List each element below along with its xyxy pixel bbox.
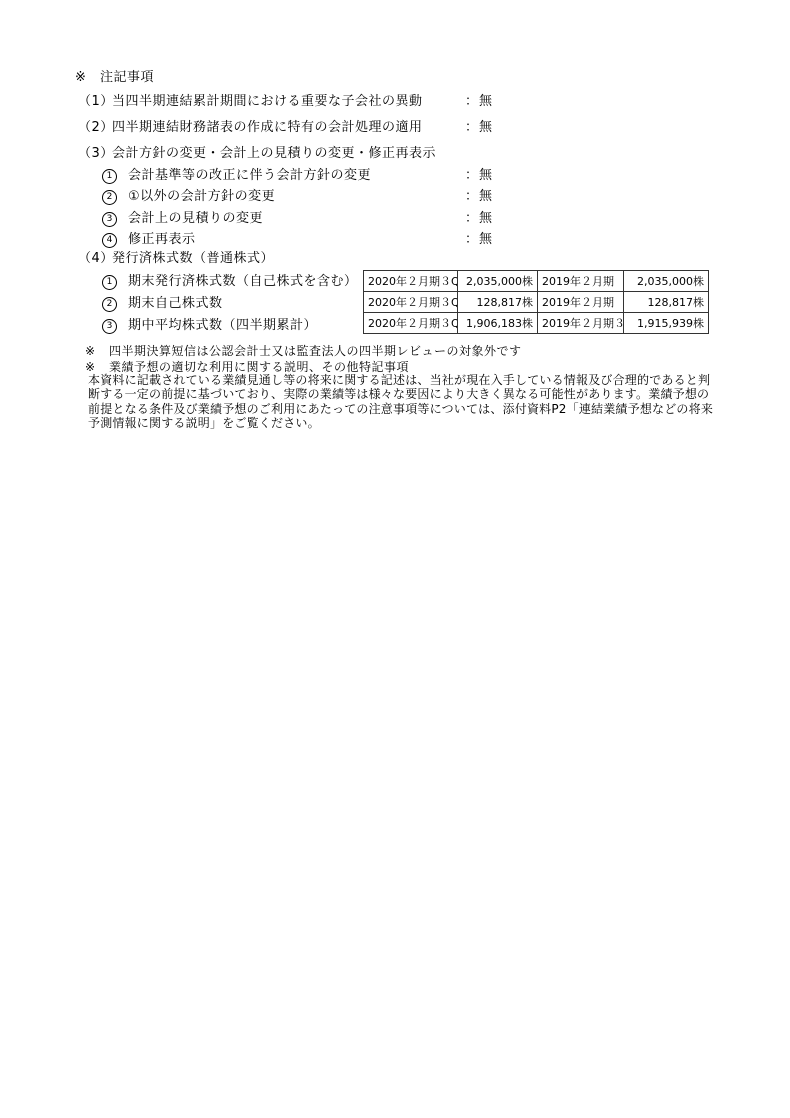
share-row-label: 期末自己株式数 [128, 296, 223, 312]
subitem-label: 修正再表示 [128, 232, 196, 248]
item-colon: ： [465, 211, 479, 227]
item-colon: ： [465, 168, 479, 184]
item-value: 無 [479, 211, 493, 227]
item-number: （4） [78, 251, 114, 267]
table-cell-value: 1,915,939株 [624, 313, 709, 334]
item-value: 無 [479, 232, 493, 248]
item-label: 発行済株式数（普通株式） [112, 251, 274, 267]
circled-number-icon: 4 [102, 233, 117, 248]
subitem-label: 会計上の見積りの変更 [128, 211, 263, 227]
disclaimer-line: 断する一定の前提に基づいており、実際の業績等は様々な要因により大きく異なる可能性… [88, 387, 740, 401]
document-page: ※ 注記事項 （1） 当四半期連結累計期間における重要な子会社の異動 ： 無 （… [0, 0, 790, 1118]
page-title: 注記事項 [100, 70, 154, 86]
item-value: 無 [479, 168, 493, 184]
item-number: （3） [78, 146, 114, 162]
table-cell-value: 128,817株 [458, 292, 538, 313]
share-row-label: 期末発行済株式数（自己株式を含む） [128, 274, 358, 290]
table-row: 2020年２月期３Q 2,035,000株 2019年２月期 2,035,000… [364, 271, 709, 292]
item-label: 会計方針の変更・会計上の見積りの変更・修正再表示 [112, 146, 436, 162]
table-cell-value: 1,906,183株 [458, 313, 538, 334]
share-row-label: 期中平均株式数（四半期累計） [128, 318, 317, 334]
item-number: （1） [78, 94, 114, 110]
reference-mark-icon: ※ [75, 70, 86, 86]
item-value: 無 [479, 94, 493, 110]
item-colon: ： [465, 232, 479, 248]
table-cell-period: 2020年２月期３Q [364, 292, 458, 313]
circled-number-icon: 2 [102, 190, 117, 205]
item-label: 当四半期連結累計期間における重要な子会社の異動 [112, 94, 423, 110]
disclaimer-line: 本資料に記載されている業績見通し等の将来に関する記述は、当社が現在入手している情… [88, 373, 740, 387]
circled-number-icon: 1 [102, 169, 117, 184]
table-row: 2020年２月期３Q 128,817株 2019年２月期 128,817株 [364, 292, 709, 313]
circled-number-icon: 2 [102, 297, 117, 312]
table-cell-value: 128,817株 [624, 292, 709, 313]
table-cell-value: 2,035,000株 [624, 271, 709, 292]
item-value: 無 [479, 120, 493, 136]
item-label: 四半期連結財務諸表の作成に特有の会計処理の適用 [112, 120, 423, 136]
table-row: 2020年２月期３Q 1,906,183株 2019年２月期３Q 1,915,9… [364, 313, 709, 334]
table-cell-period: 2019年２月期 [538, 271, 624, 292]
table-cell-value: 2,035,000株 [458, 271, 538, 292]
disclaimer-line: 前提となる条件及び業績予想のご利用にあたっての注意事項等については、添付資料P2… [88, 402, 740, 416]
item-value: 無 [479, 189, 493, 205]
circled-number-icon: 3 [102, 319, 117, 334]
footnote-text: 四半期決算短信は公認会計士又は監査法人の四半期レビューの対象外です [109, 343, 522, 359]
disclaimer-line: 予測情報に関する説明」をご覧ください。 [88, 416, 740, 430]
shares-table: 2020年２月期３Q 2,035,000株 2019年２月期 2,035,000… [363, 270, 709, 334]
circled-number-icon: 1 [102, 275, 117, 290]
subitem-label: 会計基準等の改正に伴う会計方針の変更 [128, 168, 371, 184]
item-colon: ： [465, 189, 479, 205]
item-colon: ： [465, 120, 479, 136]
table-cell-period: 2019年２月期 [538, 292, 624, 313]
circled-number-icon: 3 [102, 212, 117, 227]
table-cell-period: 2020年２月期３Q [364, 271, 458, 292]
reference-mark-icon: ※ [85, 343, 96, 359]
item-number: （2） [78, 120, 114, 136]
table-cell-period: 2019年２月期３Q [538, 313, 624, 334]
item-colon: ： [465, 94, 479, 110]
subitem-label: ①以外の会計方針の変更 [128, 189, 275, 205]
table-cell-period: 2020年２月期３Q [364, 313, 458, 334]
